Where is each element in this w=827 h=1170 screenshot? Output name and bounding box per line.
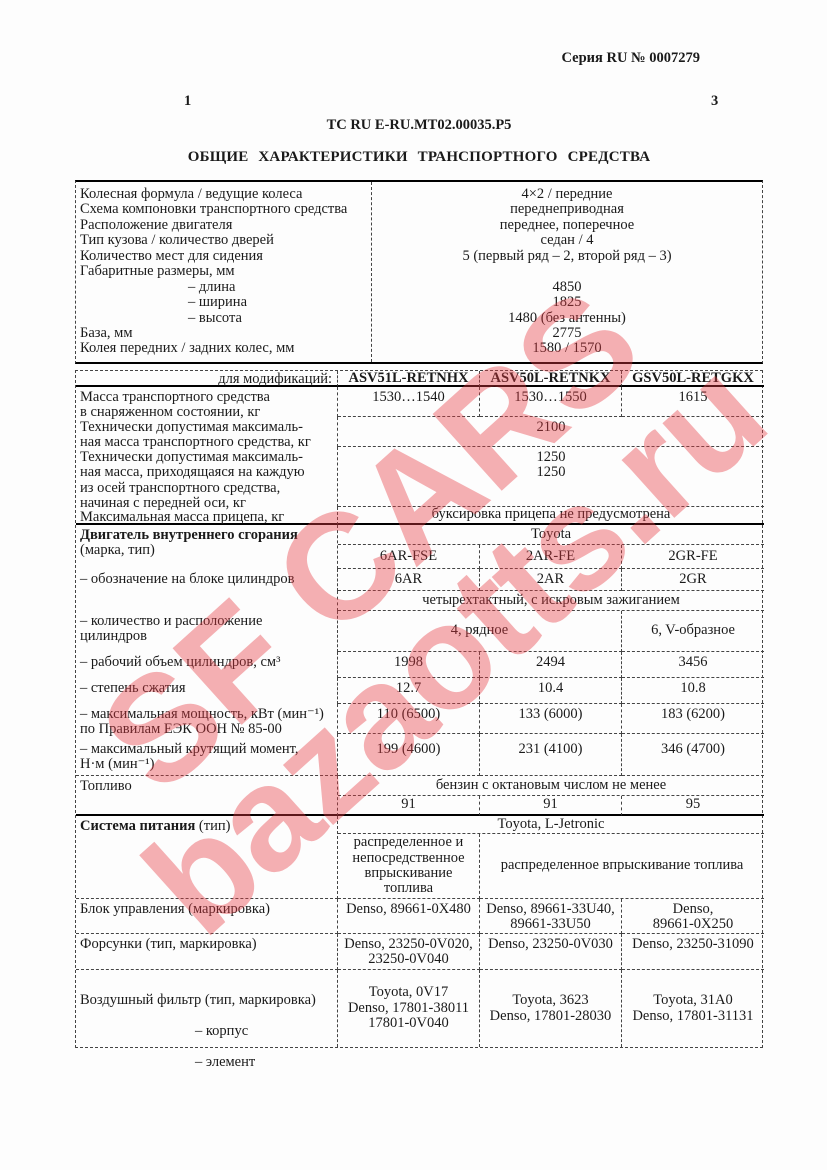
label-max-power: – максимальная мощность, кВт (мин⁻¹) по … xyxy=(76,704,338,734)
cell-torque-1: 199 (4600) xyxy=(338,734,480,776)
cell-axle-mass: 1250 1250 xyxy=(338,447,764,507)
label-air-filter-title: Воздушный фильтр (тип, маркировка) xyxy=(80,993,334,1008)
document-page: { "header": { "series": "Серия RU № 0007… xyxy=(0,0,827,1170)
cell-engine-cycle: четырехтактный, с искровым зажиганием xyxy=(338,591,764,611)
cell-compression-3: 10.8 xyxy=(622,678,764,704)
cell-injectors-1: Denso, 23250-0V020, 23250-0V040 xyxy=(338,934,480,970)
label-dimensions: Габаритные размеры, мм xyxy=(80,264,369,279)
label-width: – ширина xyxy=(80,295,369,310)
label-air-filter-housing: – корпус xyxy=(80,1024,334,1039)
label-max-torque: – максимальный крутящий момент, Н·м (мин… xyxy=(76,734,338,776)
cell-injectors-3: Denso, 23250-31090 xyxy=(622,934,764,970)
approval-number: ТС RU E-RU.MT02.00035.P5 xyxy=(75,117,763,134)
cell-power-2: 133 (6000) xyxy=(480,704,622,734)
cell-cylinders-v6: 6, V-образное xyxy=(622,611,764,652)
general-characteristics-table: Колесная формула / ведущие колеса Схема … xyxy=(75,180,763,364)
cell-injection-col1: распределенное и непосредственное впрыск… xyxy=(338,834,480,899)
label-trailer-mass: Максимальная масса прицепа, кг xyxy=(76,507,338,525)
cell-displacement-3: 3456 xyxy=(622,652,764,678)
cell-power-3: 183 (6200) xyxy=(622,704,764,734)
label-cylinders: – количество и расположение цилиндров xyxy=(76,611,338,652)
cell-curb-mass-3: 1615 xyxy=(622,387,764,417)
cell-torque-2: 231 (4100) xyxy=(480,734,622,776)
cell-gross-mass: 2100 xyxy=(338,417,764,447)
label-height: – высота xyxy=(80,311,369,326)
cell-compression-2: 10.4 xyxy=(480,678,622,704)
model-asv50l: ASV50L-RETNKX xyxy=(480,371,622,387)
cell-trailer-mass: буксировка прицепа не предусмотрена xyxy=(338,507,764,525)
cell-air-filter-1: Toyota, 0V17 Denso, 17801-38011 17801-0V… xyxy=(338,970,480,1047)
label-injectors: Форсунки (тип, маркировка) xyxy=(76,934,338,970)
label-engine-bold: Двигатель внутреннего сгорания xyxy=(80,527,298,543)
cell-fuel-system-make: Toyota, L-Jetronic xyxy=(338,816,764,834)
label-air-filter: Воздушный фильтр (тип, маркировка) – кор… xyxy=(76,970,338,1047)
label-gross-mass: Технически допустимая максималь- ная мас… xyxy=(76,417,338,447)
page-number-left: 1 xyxy=(184,93,191,110)
cell-ecu-2: Denso, 89661-33U40, 89661-33U50 xyxy=(480,899,622,934)
label-fuel-system-bold: Система питания xyxy=(80,818,195,834)
label-fuel-system-normal: (тип) xyxy=(199,818,231,834)
cell-power-1: 110 (6500) xyxy=(338,704,480,734)
label-compression: – степень сжатия xyxy=(76,678,338,704)
cell-fuel-note: бензин с октановым числом не менее xyxy=(338,776,764,796)
cell-octane-2: 91 xyxy=(480,796,622,816)
model-asv51l: ASV51L-RETNHX xyxy=(338,371,480,387)
cell-block-code-2: 2AR xyxy=(480,569,622,591)
cell-cylinders-inline4: 4, рядное xyxy=(338,611,622,652)
model-gsv50l: GSV50L-RETGKX xyxy=(622,371,764,387)
cell-engine-make: Toyota xyxy=(338,525,764,545)
value-dimensions-blank xyxy=(372,264,762,279)
label-curb-mass: Масса транспортного средства в снаряженн… xyxy=(76,387,338,417)
cell-ecu-1: Denso, 89661-0X480 xyxy=(338,899,480,934)
value-width: 1825 xyxy=(372,295,762,310)
cell-ecu-3: Denso, 89661-0X250 xyxy=(622,899,764,934)
label-wheel-formula: Колесная формула / ведущие колеса xyxy=(80,187,369,202)
cell-air-filter-2: Toyota, 3623 Denso, 17801-28030 xyxy=(480,970,622,1047)
label-block-designation: – обозначение на блоке цилиндров xyxy=(76,569,338,591)
cell-curb-mass-1: 1530…1540 xyxy=(338,387,480,417)
label-fuel: Топливо xyxy=(76,776,338,816)
label-axle-mass: Технически допустимая максималь- ная мас… xyxy=(76,447,338,507)
cell-air-filter-3: Toyota, 31A0 Denso, 17801-31131 xyxy=(622,970,764,1047)
label-length: – длина xyxy=(80,280,369,295)
cell-curb-mass-2: 1530…1550 xyxy=(480,387,622,417)
cell-octane-3: 95 xyxy=(622,796,764,816)
value-length: 4850 xyxy=(372,280,762,295)
label-engine-normal: (марка, тип) xyxy=(80,542,155,558)
label-engine: Двигатель внутреннего сгорания(марка, ти… xyxy=(76,525,338,569)
cell-injectors-2: Denso, 23250-0V030 xyxy=(480,934,622,970)
label-air-filter-element: – элемент xyxy=(80,1055,334,1070)
cell-torque-3: 346 (4700) xyxy=(622,734,764,776)
value-track: 1580 / 1570 xyxy=(372,341,762,356)
label-displacement: – рабочий объем цилиндров, см³ xyxy=(76,652,338,678)
value-wheelbase: 2775 xyxy=(372,326,762,341)
label-blank xyxy=(76,591,338,611)
label-track: Колея передних / задних колес, мм xyxy=(80,341,369,356)
label-fuel-system: Система питания (тип) xyxy=(76,816,338,899)
label-wheelbase: База, мм xyxy=(80,326,369,341)
label-engine-position: Расположение двигателя xyxy=(80,218,369,233)
value-layout: переднеприводная xyxy=(372,202,762,217)
label-ecu: Блок управления (маркировка) xyxy=(76,899,338,934)
page-number-right: 3 xyxy=(711,93,718,110)
value-height: 1480 (без антенны) xyxy=(372,311,762,326)
cell-octane-1: 91 xyxy=(338,796,480,816)
label-body-type: Тип кузова / количество дверей xyxy=(80,233,369,248)
value-wheel-formula: 4×2 / передние xyxy=(372,187,762,202)
series-number: Серия RU № 0007279 xyxy=(562,50,701,67)
cell-block-code-3: 2GR xyxy=(622,569,764,591)
general-table-values: 4×2 / передние переднеприводная переднее… xyxy=(372,182,762,362)
general-table-labels: Колесная формула / ведущие колеса Схема … xyxy=(76,182,372,362)
cell-engine-type-3: 2GR-FE xyxy=(622,545,764,569)
cell-engine-type-1: 6AR-FSE xyxy=(338,545,480,569)
modifications-table: для модификаций: ASV51L-RETNHX ASV50L-RE… xyxy=(75,370,763,1048)
cell-block-code-1: 6AR xyxy=(338,569,480,591)
label-seats: Количество мест для сидения xyxy=(80,249,369,264)
cell-engine-type-2: 2AR-FE xyxy=(480,545,622,569)
value-body-type: седан / 4 xyxy=(372,233,762,248)
cell-displacement-1: 1998 xyxy=(338,652,480,678)
header-for-modifications: для модификаций: xyxy=(76,371,338,387)
label-layout: Схема компоновки транспортного средства xyxy=(80,202,369,217)
cell-displacement-2: 2494 xyxy=(480,652,622,678)
cell-injection-col23: распределенное впрыскивание топлива xyxy=(480,834,764,899)
page-title: ОБЩИЕ ХАРАКТЕРИСТИКИ ТРАНСПОРТНОГО СРЕДС… xyxy=(75,149,763,166)
cell-compression-1: 12.7 xyxy=(338,678,480,704)
value-seats: 5 (первый ряд – 2, второй ряд – 3) xyxy=(372,249,762,264)
value-engine-position: переднее, поперечное xyxy=(372,218,762,233)
